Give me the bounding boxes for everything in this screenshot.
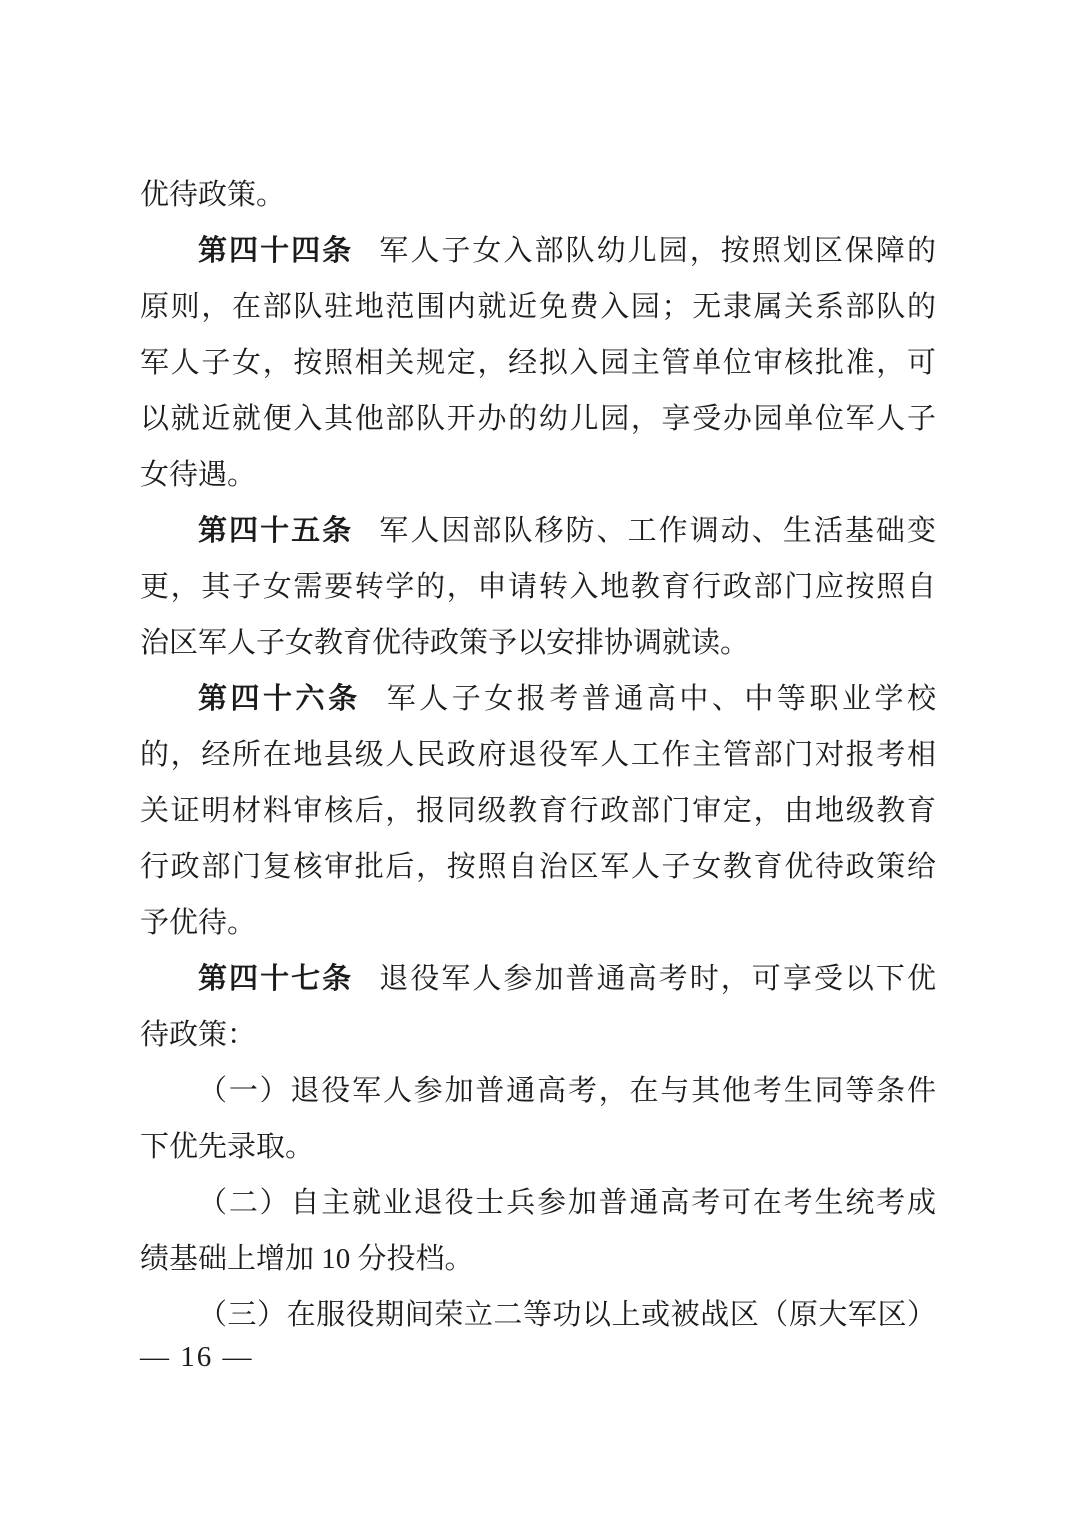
text-line: 予优待。 bbox=[140, 895, 936, 951]
list-item-line: （三）在服役期间荣立二等功以上或被战区（原大军区） bbox=[140, 1287, 936, 1343]
document-body: 优待政策。 第四十四条军人子女入部队幼儿园，按照划区保障的 原则，在部队驻地范围… bbox=[140, 167, 936, 1343]
text-line: 女待遇。 bbox=[140, 447, 936, 503]
text-line: 下优先录取。 bbox=[140, 1119, 936, 1175]
text-line: 原则，在部队驻地范围内就近免费入园；无隶属关系部队的 bbox=[140, 279, 936, 335]
article-number: 第四十七条 bbox=[198, 963, 353, 995]
text-line: 行政部门复核审批后，按照自治区军人子女教育优待政策给 bbox=[140, 839, 936, 895]
text-line: 绩基础上增加 10 分投档。 bbox=[140, 1231, 936, 1287]
line-text: 军人因部队移防、工作调动、生活基础变 bbox=[379, 515, 936, 547]
page-number: — 16 — bbox=[140, 1340, 254, 1374]
paragraph-lead-line: 第四十四条军人子女入部队幼儿园，按照划区保障的 bbox=[140, 223, 936, 279]
article-number: 第四十五条 bbox=[198, 515, 353, 547]
paragraph-lead-line: 第四十五条军人因部队移防、工作调动、生活基础变 bbox=[140, 503, 936, 559]
text-line: 以就近就便入其他部队开办的幼儿园，享受办园单位军人子 bbox=[140, 391, 936, 447]
line-text: 退役军人参加普通高考时，可享受以下优 bbox=[379, 963, 936, 995]
line-text: 军人子女入部队幼儿园，按照划区保障的 bbox=[379, 235, 936, 267]
text-line: 的，经所在地县级人民政府退役军人工作主管部门对报考相 bbox=[140, 727, 936, 783]
list-item-line: （二）自主就业退役士兵参加普通高考可在考生统考成 bbox=[140, 1175, 936, 1231]
paragraph-lead-line: 第四十七条退役军人参加普通高考时，可享受以下优 bbox=[140, 951, 936, 1007]
text-line: 优待政策。 bbox=[140, 167, 936, 223]
document-page: 优待政策。 第四十四条军人子女入部队幼儿园，按照划区保障的 原则，在部队驻地范围… bbox=[0, 0, 1074, 1514]
paragraph-lead-line: 第四十六条军人子女报考普通高中、中等职业学校 bbox=[140, 671, 936, 727]
text-line: 待政策： bbox=[140, 1007, 936, 1063]
text-line: 治区军人子女教育优待政策予以安排协调就读。 bbox=[140, 615, 936, 671]
text-line: 更，其子女需要转学的，申请转入地教育行政部门应按照自 bbox=[140, 559, 936, 615]
article-number: 第四十六条 bbox=[198, 683, 361, 715]
line-text: 军人子女报考普通高中、中等职业学校 bbox=[387, 683, 936, 715]
article-number: 第四十四条 bbox=[198, 235, 353, 267]
text-line: 军人子女，按照相关规定，经拟入园主管单位审核批准，可 bbox=[140, 335, 936, 391]
list-item-line: （一）退役军人参加普通高考，在与其他考生同等条件 bbox=[140, 1063, 936, 1119]
text-line: 关证明材料审核后，报同级教育行政部门审定，由地级教育 bbox=[140, 783, 936, 839]
